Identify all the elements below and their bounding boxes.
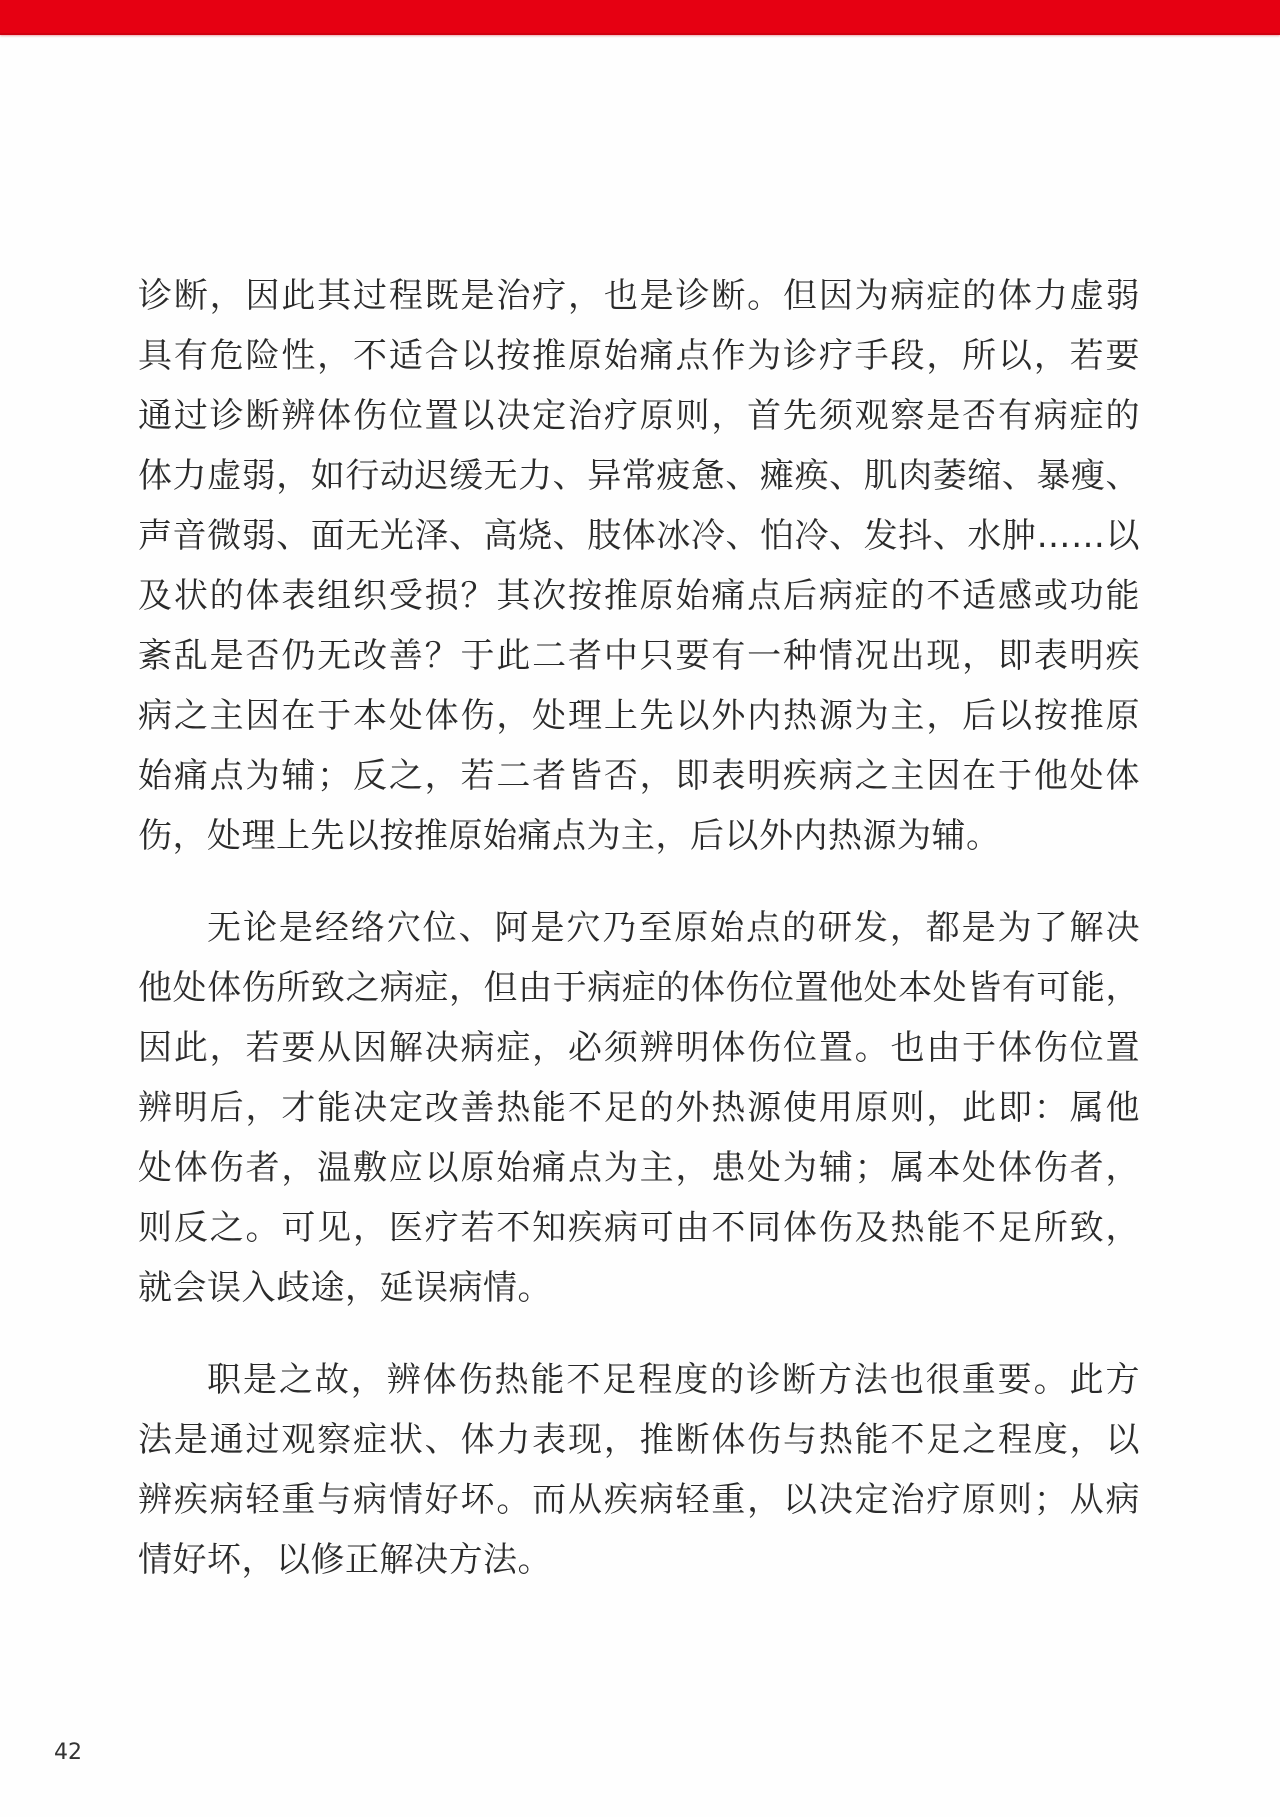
text-line: 无论是经络穴位、阿是穴乃至原始点的研发，都是为了解决 xyxy=(138,904,1140,964)
text-line: 职是之故，辨体伤热能不足程度的诊断方法也很重要。此方 xyxy=(138,1356,1140,1416)
text-line: 则反之。可见，医疗若不知疾病可由不同体伤及热能不足所致， xyxy=(138,1204,1140,1264)
page-number: 42 xyxy=(54,1740,82,1765)
text-line: 处体伤者，温敷应以原始痛点为主，患处为辅；属本处体伤者， xyxy=(138,1144,1140,1204)
text-line: 法是通过观察症状、体力表现，推断体伤与热能不足之程度，以 xyxy=(138,1416,1140,1476)
text-line: 始痛点为辅；反之，若二者皆否，即表明疾病之主因在于他处体 xyxy=(138,752,1140,812)
top-accent-bar xyxy=(0,0,1280,35)
text-line: 具有危险性，不适合以按推原始痛点作为诊疗手段，所以，若要 xyxy=(138,332,1140,392)
text-line: 病之主因在于本处体伤，处理上先以外内热源为主，后以按推原 xyxy=(138,692,1140,752)
text-line: 辨疾病轻重与病情好坏。而从疾病轻重，以决定治疗原则；从病 xyxy=(138,1476,1140,1536)
text-line: 因此，若要从因解决病症，必须辨明体伤位置。也由于体伤位置 xyxy=(138,1024,1140,1084)
paragraph-3: 职是之故，辨体伤热能不足程度的诊断方法也很重要。此方 法是通过观察症状、体力表现… xyxy=(138,1356,1148,1596)
text-line: 诊断，因此其过程既是治疗，也是诊断。但因为病症的体力虚弱 xyxy=(138,272,1140,332)
text-line: 伤，处理上先以按推原始痛点为主，后以外内热源为辅。 xyxy=(138,812,1140,872)
text-line: 辨明后，才能决定改善热能不足的外热源使用原则，此即：属他 xyxy=(138,1084,1140,1144)
text-line: 紊乱是否仍无改善？于此二者中只要有一种情况出现，即表明疾 xyxy=(138,632,1140,692)
text-line: 体力虚弱，如行动迟缓无力、异常疲惫、瘫痪、肌肉萎缩、暴瘦、 xyxy=(138,452,1140,512)
text-line: 他处体伤所致之病症，但由于病症的体伤位置他处本处皆有可能， xyxy=(138,964,1140,1024)
text-line: 就会误入歧途，延误病情。 xyxy=(138,1264,1140,1324)
paragraph-2: 无论是经络穴位、阿是穴乃至原始点的研发，都是为了解决 他处体伤所致之病症，但由于… xyxy=(138,904,1148,1324)
text-line: 通过诊断辨体伤位置以决定治疗原则，首先须观察是否有病症的 xyxy=(138,392,1140,452)
text-line: 情好坏，以修正解决方法。 xyxy=(138,1536,1140,1596)
body-text: 诊断，因此其过程既是治疗，也是诊断。但因为病症的体力虚弱 具有危险性，不适合以按… xyxy=(138,272,1148,1628)
paragraph-1: 诊断，因此其过程既是治疗，也是诊断。但因为病症的体力虚弱 具有危险性，不适合以按… xyxy=(138,272,1148,872)
text-line: 声音微弱、面无光泽、高烧、肢体冰冷、怕冷、发抖、水肿……以 xyxy=(138,512,1140,572)
text-line: 及状的体表组织受损？其次按推原始痛点后病症的不适感或功能 xyxy=(138,572,1140,632)
